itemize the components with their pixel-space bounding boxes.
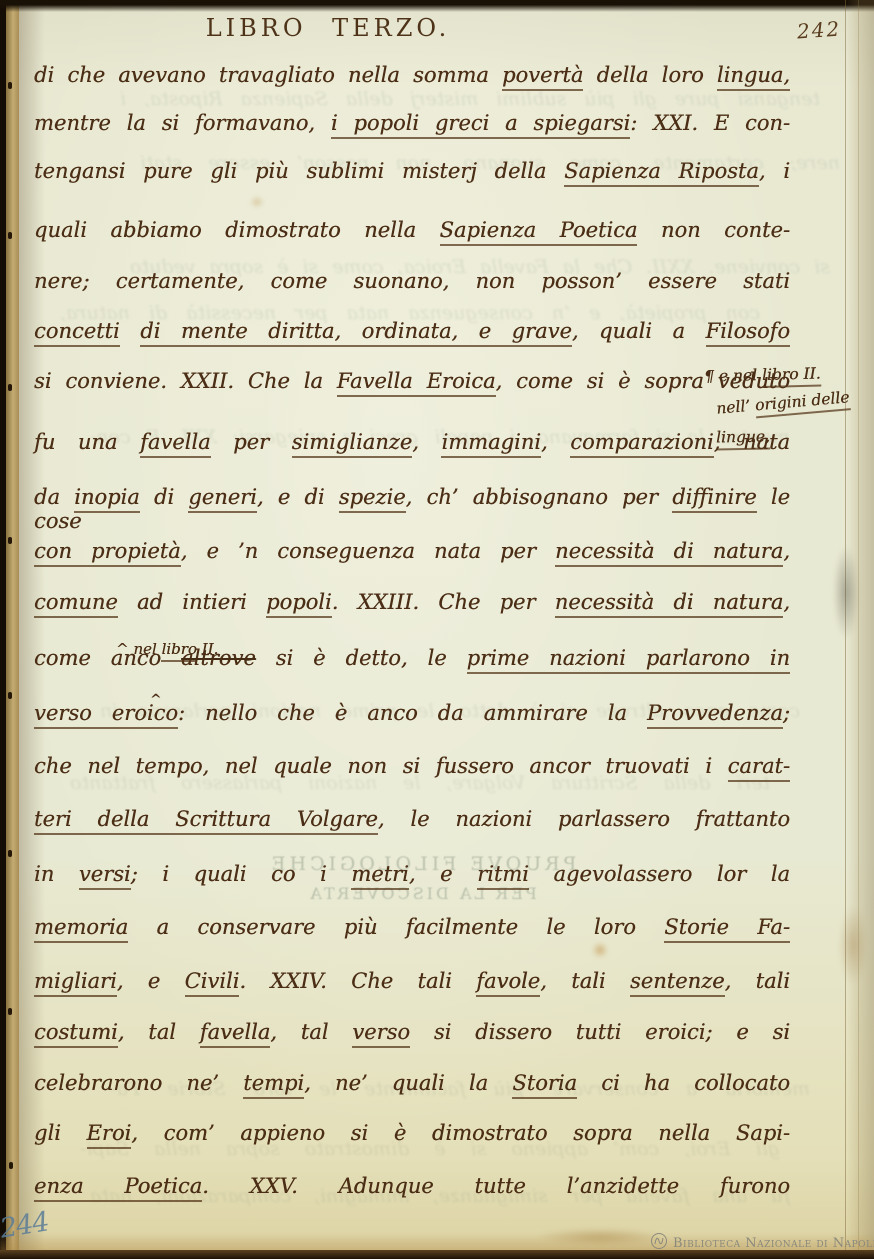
text-segment: . XXIV. Che tali	[239, 969, 476, 993]
text-segment: ,	[783, 539, 790, 563]
manuscript-line-5: nere; certamente, come suonano, non poss…	[34, 269, 790, 293]
caret-mark: ^	[150, 692, 162, 708]
library-stamp: Biblioteca Nazionale di Napoli	[650, 1232, 874, 1254]
underlined-text: comparazioni	[570, 430, 714, 458]
text-segment: , quali a	[572, 319, 706, 343]
text-segment: che nel tempo, nel quale non si fussero …	[34, 754, 728, 778]
manuscript-line-4: quali abbiamo dimostrato nella Sapienza …	[34, 218, 790, 242]
underlined-text: enza Poetica	[34, 1174, 202, 1202]
text-segment: , i	[759, 159, 790, 183]
underlined-text: inopia	[74, 485, 140, 513]
text-segment: si conviene. XXII. Che la	[34, 369, 337, 393]
manuscript-line-15: teri della Scrittura Volgare, le nazioni…	[34, 807, 790, 831]
text-segment: , le nazioni parlassero frattanto	[378, 807, 790, 831]
text-segment: , tal	[118, 1020, 200, 1044]
underlined-text: metri	[351, 862, 409, 890]
text-segment: si dissero tutti eroici; e si	[410, 1020, 790, 1044]
underlined-text: Sapienza Poetica	[440, 218, 638, 246]
underlined-text: migliari	[34, 969, 117, 997]
underlined-text: Sapienza Riposta	[564, 159, 759, 187]
text-segment: , e di	[257, 485, 339, 509]
text-segment: di	[140, 485, 189, 509]
underlined-text: generi	[188, 485, 257, 513]
page-title: LIBRO TERZO.	[198, 14, 458, 42]
underlined-text: Civili	[185, 969, 240, 997]
text-segment: ,	[412, 430, 441, 454]
manuscript-line-19: costumi, tal favella, tal verso si disse…	[34, 1020, 790, 1044]
underlined-text: Provvedenza	[647, 701, 783, 729]
text-segment: , e	[409, 862, 477, 886]
underlined-text: lingue,	[716, 428, 770, 451]
text-segment: , tal	[270, 1020, 352, 1044]
underlined-text: con propietà	[34, 539, 181, 567]
text-segment: ,	[783, 590, 790, 614]
underlined-text: necessità di natura	[555, 539, 783, 567]
manuscript-line-11: comune ad intieri popoli. XXIII. Che per…	[34, 590, 790, 614]
text-segment: , tali	[725, 969, 790, 993]
text-segment: II.	[197, 640, 218, 658]
manuscript-line-14: che nel tempo, nel quale non si fussero …	[34, 754, 790, 778]
underlined-text: i popoli greci a spiegarsi	[331, 111, 630, 139]
underlined-text: memoria	[34, 915, 128, 943]
text-segment: ,	[541, 430, 570, 454]
underlined-text: favole	[476, 969, 540, 997]
underlined-text: favella	[140, 430, 211, 458]
text-segment: fu una	[34, 430, 140, 454]
text-segment: agevolassero lor la	[529, 862, 790, 886]
text-segment	[120, 319, 141, 343]
manuscript-line-10: con propietà, e ’n conseguenza nata per …	[34, 539, 790, 563]
underlined-text: simiglianze	[292, 430, 413, 458]
text-segment: non conte-	[637, 218, 790, 242]
underlined-text: Eroi	[87, 1121, 132, 1149]
underlined-text: immagini	[441, 430, 540, 458]
text-segment: ci ha collocato	[577, 1071, 790, 1095]
margin-note-line-1: ¶ e nel libro II.	[704, 364, 821, 385]
manuscript-line-16: in versi; i quali co i metri, e ritmi ag…	[34, 862, 790, 886]
text-segment: per	[211, 430, 292, 454]
underlined-text: favella	[200, 1020, 271, 1048]
text-segment: , ch’ abbisognano per	[406, 485, 673, 509]
manuscript-line-13: verso eroico: nello che è anco da ammira…	[34, 701, 790, 725]
interlinear-note: ^ nel libro II.	[116, 640, 218, 658]
bleedthrough-line: PER LA DISCOVERTA	[252, 884, 592, 903]
library-stamp-icon	[650, 1232, 668, 1254]
underlined-text: povertà	[502, 63, 583, 91]
text-segment: ¶ e nel	[704, 366, 762, 386]
text-segment: celebrarono ne’	[34, 1071, 243, 1095]
manuscript-line-17: memoria a conservare più facilmente le l…	[34, 915, 790, 939]
underlined-text: libro II.	[762, 364, 821, 388]
underlined-text: comune	[34, 590, 118, 618]
text-segment: ^ nel	[116, 640, 161, 658]
manuscript-line-7: si conviene. XXII. Che la Favella Eroica…	[34, 369, 790, 393]
underlined-text: Storie Fa-	[664, 915, 790, 943]
bleedthrough-ghost-line: tengansi pure gli più sublimi misterj de…	[120, 88, 820, 110]
underlined-text: sentenze	[630, 969, 725, 997]
text-segment: quali abbiamo dimostrato nella	[34, 218, 440, 242]
text-segment: , ne’ quali la	[304, 1071, 512, 1095]
underlined-text: teri della Scrittura Volgare	[34, 807, 378, 835]
underlined-text: diffinire	[672, 485, 756, 513]
manuscript-line-22: enza Poetica. XXV. Adunque tutte l’anzid…	[34, 1174, 790, 1198]
text-segment: gli	[34, 1121, 87, 1145]
ink-smudge	[833, 545, 859, 640]
margin-note-line-3: lingue,	[716, 428, 770, 447]
underlined-text: prime nazioni parlarono in	[467, 646, 790, 674]
text-segment: , e ’n conseguenza nata per	[181, 539, 555, 563]
text-segment: ; i quali co i	[131, 862, 352, 886]
text-segment: nere; certamente, come suonano, non poss…	[34, 269, 790, 293]
underlined-text: di mente diritta, ordinata, e grave	[140, 319, 572, 347]
manuscript-line-1: di che avevano travagliato nella somma p…	[34, 63, 790, 87]
binding-gutter	[6, 0, 19, 1259]
manuscript-line-2: mentre la si formavano, i popoli greci a…	[34, 111, 790, 135]
underlined-text: Favella Eroica	[337, 369, 496, 397]
text-segment: . XXIII. Che per	[332, 590, 555, 614]
manuscript-line-9: da inopia di generi, e di spezie, ch’ ab…	[34, 485, 790, 533]
text-segment: nell’	[715, 396, 755, 417]
text-segment: della loro	[583, 63, 716, 87]
text-segment: , e	[117, 969, 185, 993]
underlined-text: Filosofo	[706, 319, 790, 347]
underlined-text: necessità di natura	[555, 590, 784, 618]
text-segment: a conservare più facilmente le loro	[128, 915, 664, 939]
underlined-text: tempi	[243, 1071, 304, 1099]
bottom-spot	[540, 1228, 660, 1246]
manuscript-line-8: fu una favella per simiglianze, immagini…	[34, 430, 790, 454]
manuscript-line-18: migliari, e Civili. XXIV. Che tali favol…	[34, 969, 790, 993]
underlined-text: popoli	[266, 590, 332, 618]
paper-spot	[250, 196, 264, 208]
manuscript-line-21: gli Eroi, com’ appieno si è dimostrato s…	[34, 1121, 790, 1145]
text-segment: ad intieri	[118, 590, 266, 614]
text-segment: : XXI. E con-	[630, 111, 790, 135]
text-segment: in	[34, 862, 79, 886]
text-segment: , tali	[540, 969, 630, 993]
binding-stitches	[8, 82, 12, 89]
underlined-text: lingua,	[717, 63, 790, 91]
text-segment: , com’ appieno si è dimostrato sopra nel…	[131, 1121, 790, 1145]
underlined-text: costumi	[34, 1020, 118, 1048]
underlined-text: libro	[161, 640, 196, 662]
underlined-text: spezie	[339, 485, 406, 513]
page-top-edge	[0, 0, 874, 12]
library-stamp-text: Biblioteca Nazionale di Napoli	[673, 1236, 874, 1251]
manuscript-line-20: celebrarono ne’ tempi, ne’ quali la Stor…	[34, 1071, 790, 1095]
text-segment: mentre la si formavano,	[34, 111, 331, 135]
page-fold-line	[858, 0, 859, 1259]
edge-stain	[838, 905, 868, 985]
text-segment: . XXV. Adunque tutte l’anzidette furono	[202, 1174, 790, 1198]
text-segment: tengansi pure gli più sublimi misterj de…	[34, 159, 564, 183]
underlined-text: concetti	[34, 319, 120, 347]
underlined-text: ritmi	[477, 862, 529, 890]
underlined-text: versi	[79, 862, 131, 890]
underlined-text: verso	[352, 1020, 410, 1048]
manuscript-line-3: tengansi pure gli più sublimi misterj de…	[34, 159, 790, 183]
text-segment: si è detto, le	[256, 646, 467, 670]
underlined-text: Storia	[512, 1071, 577, 1099]
folio-number: 242	[796, 16, 842, 43]
paper-spot	[592, 942, 608, 958]
text-segment: da	[34, 485, 74, 509]
manuscript-page-scan: tengansi pure gli più sublimi misterj de…	[0, 0, 874, 1259]
text-segment: : nello che è anco da ammirare la	[178, 701, 647, 725]
text-segment: ;	[783, 701, 790, 725]
manuscript-line-6: concetti di mente diritta, ordinata, e g…	[34, 319, 790, 343]
underlined-text: carat-	[728, 754, 790, 782]
text-segment: di che avevano travagliato nella somma	[34, 63, 502, 87]
